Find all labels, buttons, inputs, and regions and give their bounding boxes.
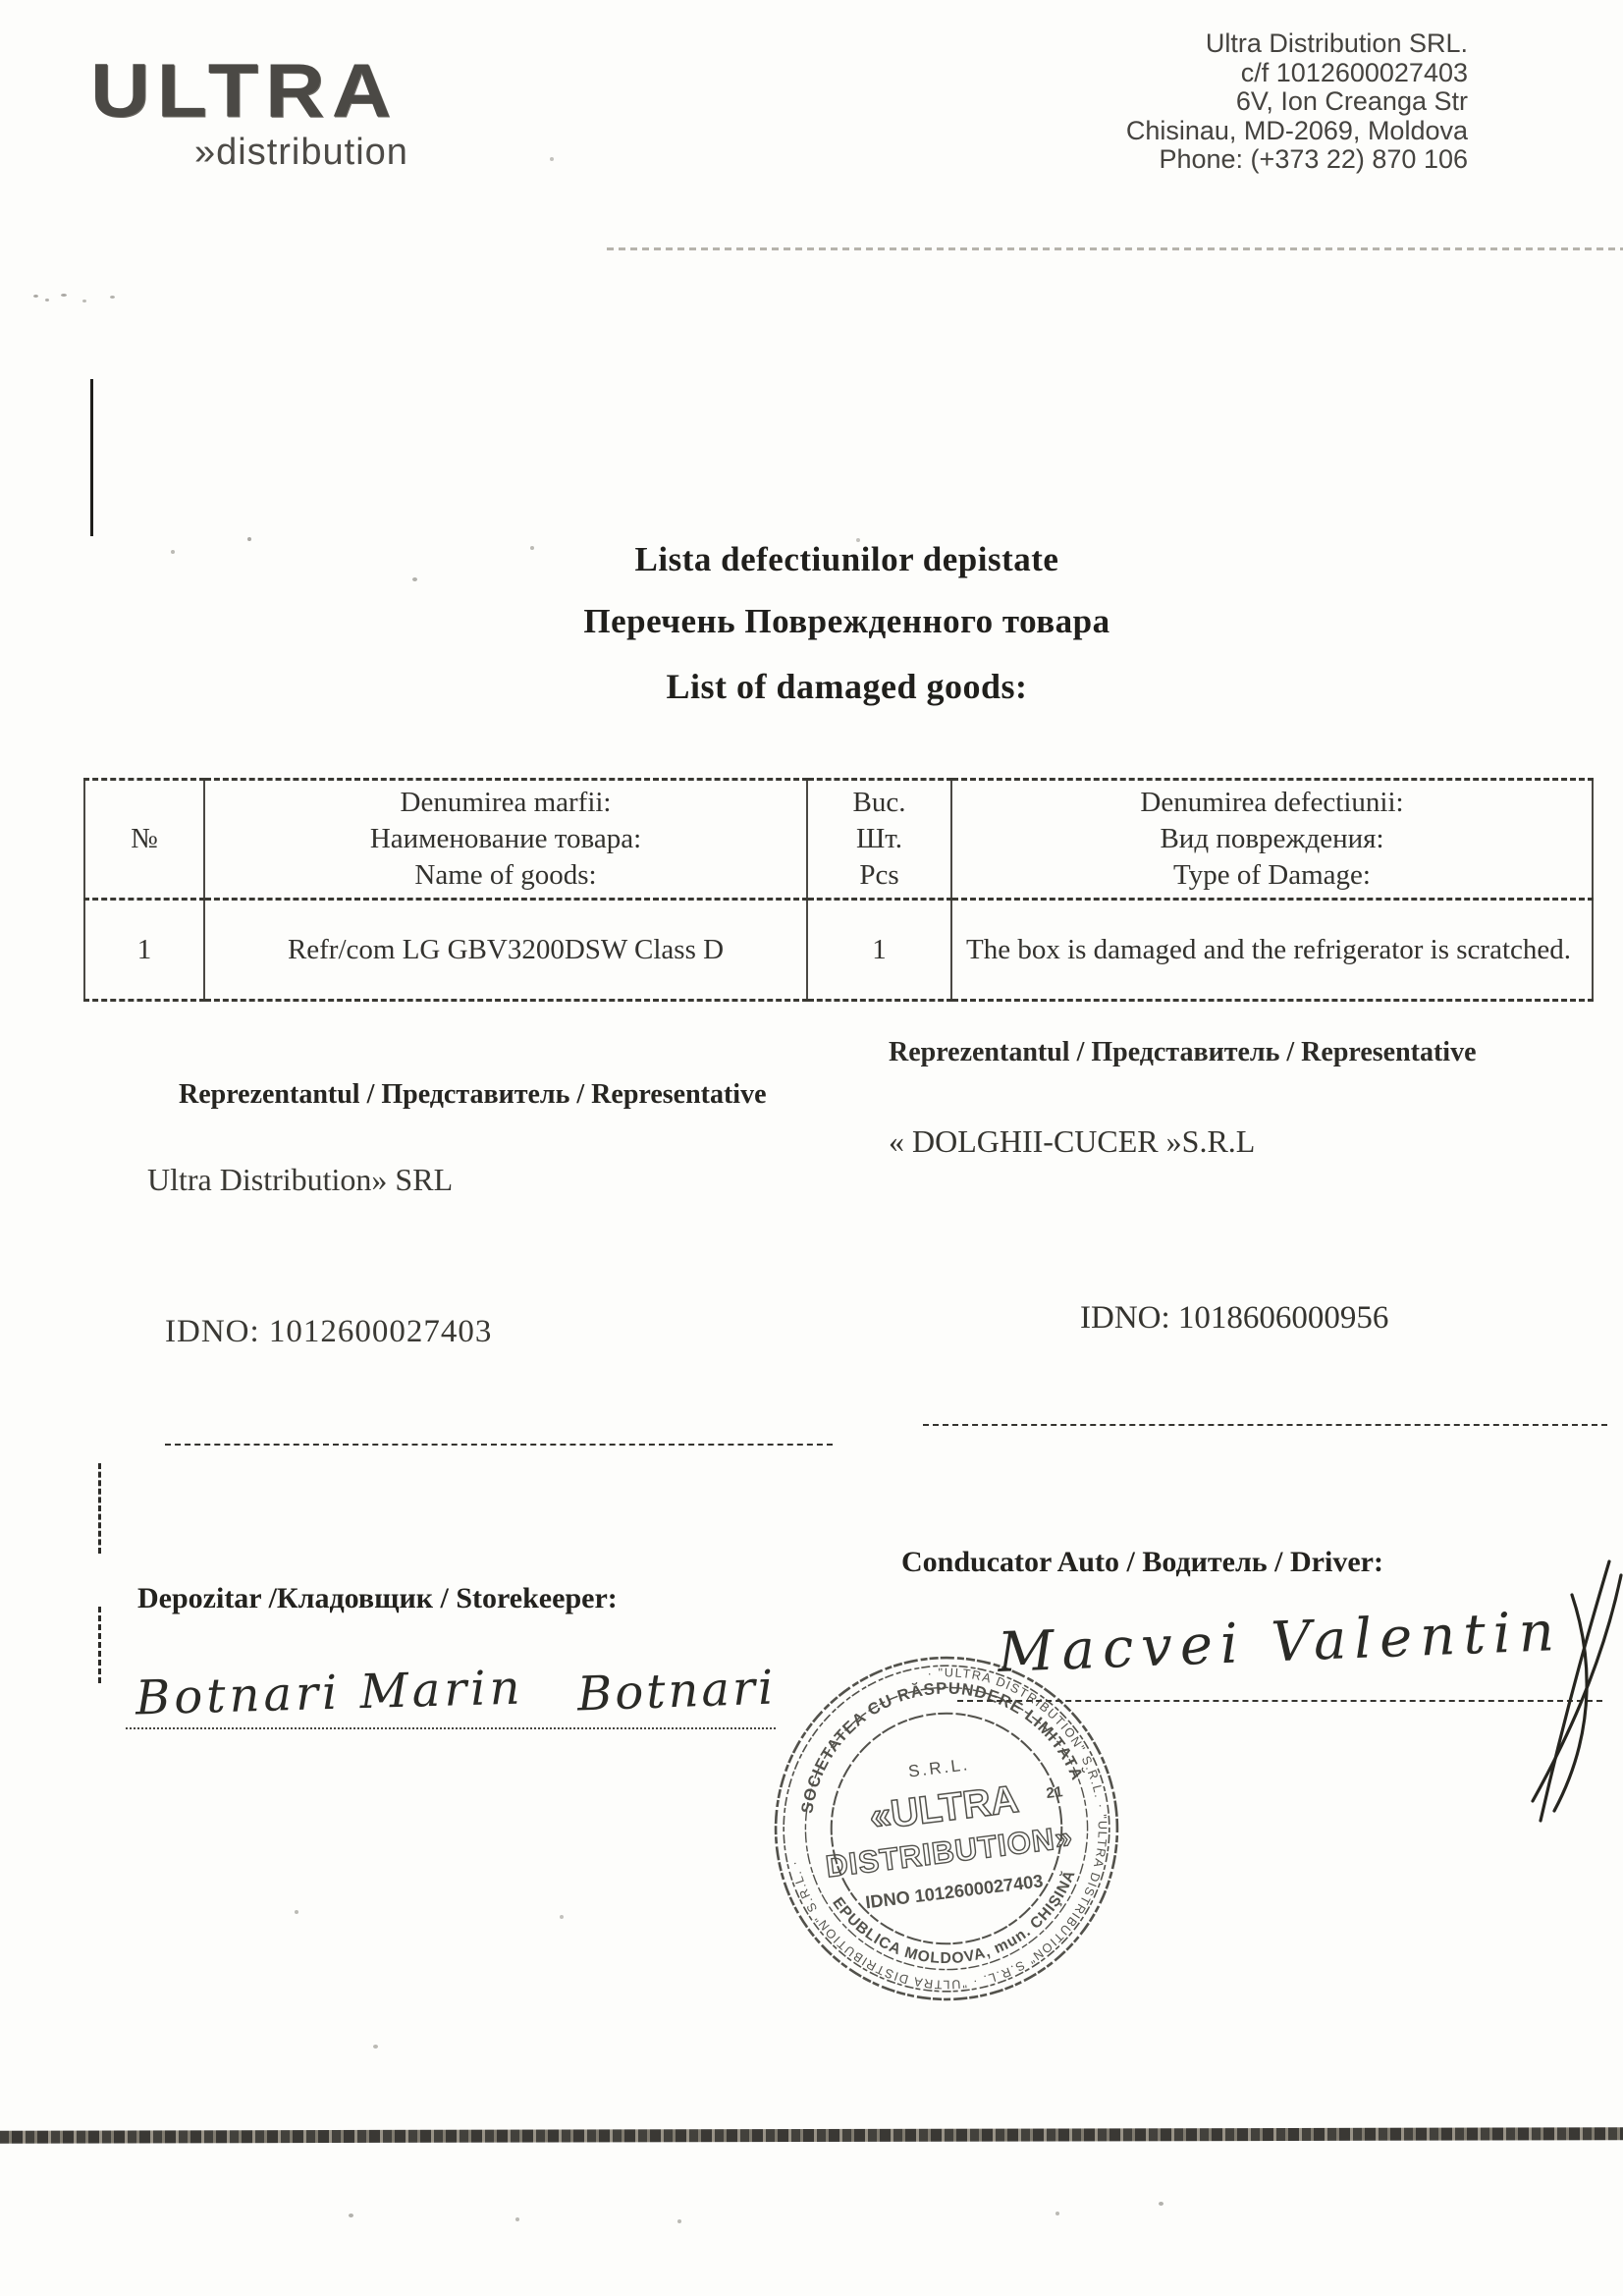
column-header-damage: Denumirea defectiunii: Вид повреждения: …: [951, 780, 1593, 900]
column-header-quantity: Buc. Шт. Pcs: [807, 780, 951, 900]
cell-goods-name: Refr/com LG GBV3200DSW Class D: [204, 900, 807, 1001]
storekeeper-countersignature: Botnari: [576, 1660, 777, 1722]
company-name: Ultra Distribution SRL.: [1126, 29, 1468, 59]
document-title-english: List of damaged goods:: [35, 666, 1623, 707]
header-goods-ro: Denumirea marfii:: [211, 785, 800, 821]
scan-speck: [110, 296, 115, 299]
header-goods-en: Name of goods:: [211, 857, 800, 894]
table-header-row: № Denumirea marfii: Наименование товара:…: [84, 780, 1593, 900]
ultra-logo-subtitle: »distribution: [194, 132, 408, 174]
scan-speck: [515, 2217, 519, 2221]
header-damage-en: Type of Damage:: [958, 857, 1586, 894]
storekeeper-label: Depozitar /Кладовщик / Storekeeper:: [137, 1582, 618, 1615]
scan-speck: [295, 1910, 298, 1914]
cell-damage-description: The box is damaged and the refrigerator …: [951, 900, 1593, 1001]
company-street: 6V, Ion Creanga Str: [1126, 87, 1468, 117]
scan-speck: [560, 1915, 564, 1919]
scan-speck: [349, 2214, 353, 2217]
header-goods-ru: Наименование товара:: [211, 821, 800, 857]
storekeeper-signature-name: Botnari Marin: [135, 1660, 524, 1725]
scan-speck: [33, 295, 38, 298]
scan-speck: [1055, 2212, 1059, 2215]
scan-artifact-line: [98, 1463, 101, 1554]
scan-artifact-line: [98, 1607, 101, 1683]
scan-speck: [82, 300, 86, 302]
header-no: №: [91, 821, 197, 857]
stamp-center-idno: IDNO 1012600027403: [864, 1871, 1044, 1912]
scan-speck: [61, 294, 67, 297]
document-title-russian: Перечень Поврежденного товара: [35, 602, 1623, 641]
idno-left: IDNO: 1012600027403: [165, 1314, 492, 1350]
cell-quantity: 1: [807, 900, 951, 1001]
ultra-logo: ULTRA: [90, 47, 398, 135]
driver-signature-name: Macvei Valentin: [997, 1600, 1563, 1685]
driver-label: Conducator Auto / Водитель / Driver:: [901, 1546, 1383, 1579]
column-header-number: №: [84, 780, 204, 900]
header-qty-ro: Buc.: [814, 785, 945, 821]
table-row: 1 Refr/com LG GBV3200DSW Class D 1 The b…: [84, 900, 1593, 1001]
scan-artifact-line: [90, 379, 93, 536]
scan-speck: [373, 2045, 378, 2049]
company-fiscal-code: c/f 1012600027403: [1126, 59, 1468, 88]
driver-signature-flourish: [1515, 1554, 1623, 1838]
column-header-goods: Denumirea marfii: Наименование товара: N…: [204, 780, 807, 900]
signature-line-right: [923, 1424, 1607, 1426]
scan-speck: [45, 299, 49, 301]
header-damage-ru: Вид повреждения:: [958, 821, 1586, 857]
header-qty-ru: Шт.: [814, 821, 945, 857]
document-title-romanian: Lista defectiunilor depistate: [35, 540, 1623, 579]
company-name-left: Ultra Distribution» SRL: [147, 1162, 453, 1198]
scan-speck: [1159, 2202, 1163, 2206]
signature-line-left: [165, 1444, 833, 1446]
scan-noise-band: [0, 2127, 1623, 2143]
scan-noise-line: [607, 247, 1623, 250]
company-stamp: · "ULTRA DISTRIBUTION" S.R.L. · "ULTRA D…: [745, 1629, 1148, 2028]
company-city: Chisinau, MD-2069, Moldova: [1126, 117, 1468, 146]
company-phone: Phone: (+373 22) 870 106: [1126, 145, 1468, 175]
header-qty-en: Pcs: [814, 857, 945, 894]
scan-speck: [677, 2219, 681, 2223]
representative-label-right: Reprezentantul / Представитель / Represe…: [889, 1037, 1477, 1068]
idno-right: IDNO: 1018606000956: [1080, 1300, 1388, 1337]
company-contact-block: Ultra Distribution SRL. c/f 101260002740…: [1126, 29, 1468, 175]
header-damage-ro: Denumirea defectiunii:: [958, 785, 1586, 821]
stamp-center-srl: S.R.L.: [907, 1754, 971, 1781]
storekeeper-signature-line: [126, 1727, 776, 1729]
company-name-right: « DOLGHII-CUCER »S.R.L: [889, 1123, 1255, 1160]
cell-row-number: 1: [84, 900, 204, 1001]
damaged-goods-table: № Denumirea marfii: Наименование товара:…: [83, 778, 1594, 1002]
representative-label-left: Reprezentantul / Представитель / Represe…: [179, 1079, 767, 1111]
scan-speck: [550, 157, 554, 161]
scanned-document-page: ULTRA »distribution Ultra Distribution S…: [0, 0, 1623, 2296]
stamp-side-number: 21: [1046, 1783, 1064, 1802]
